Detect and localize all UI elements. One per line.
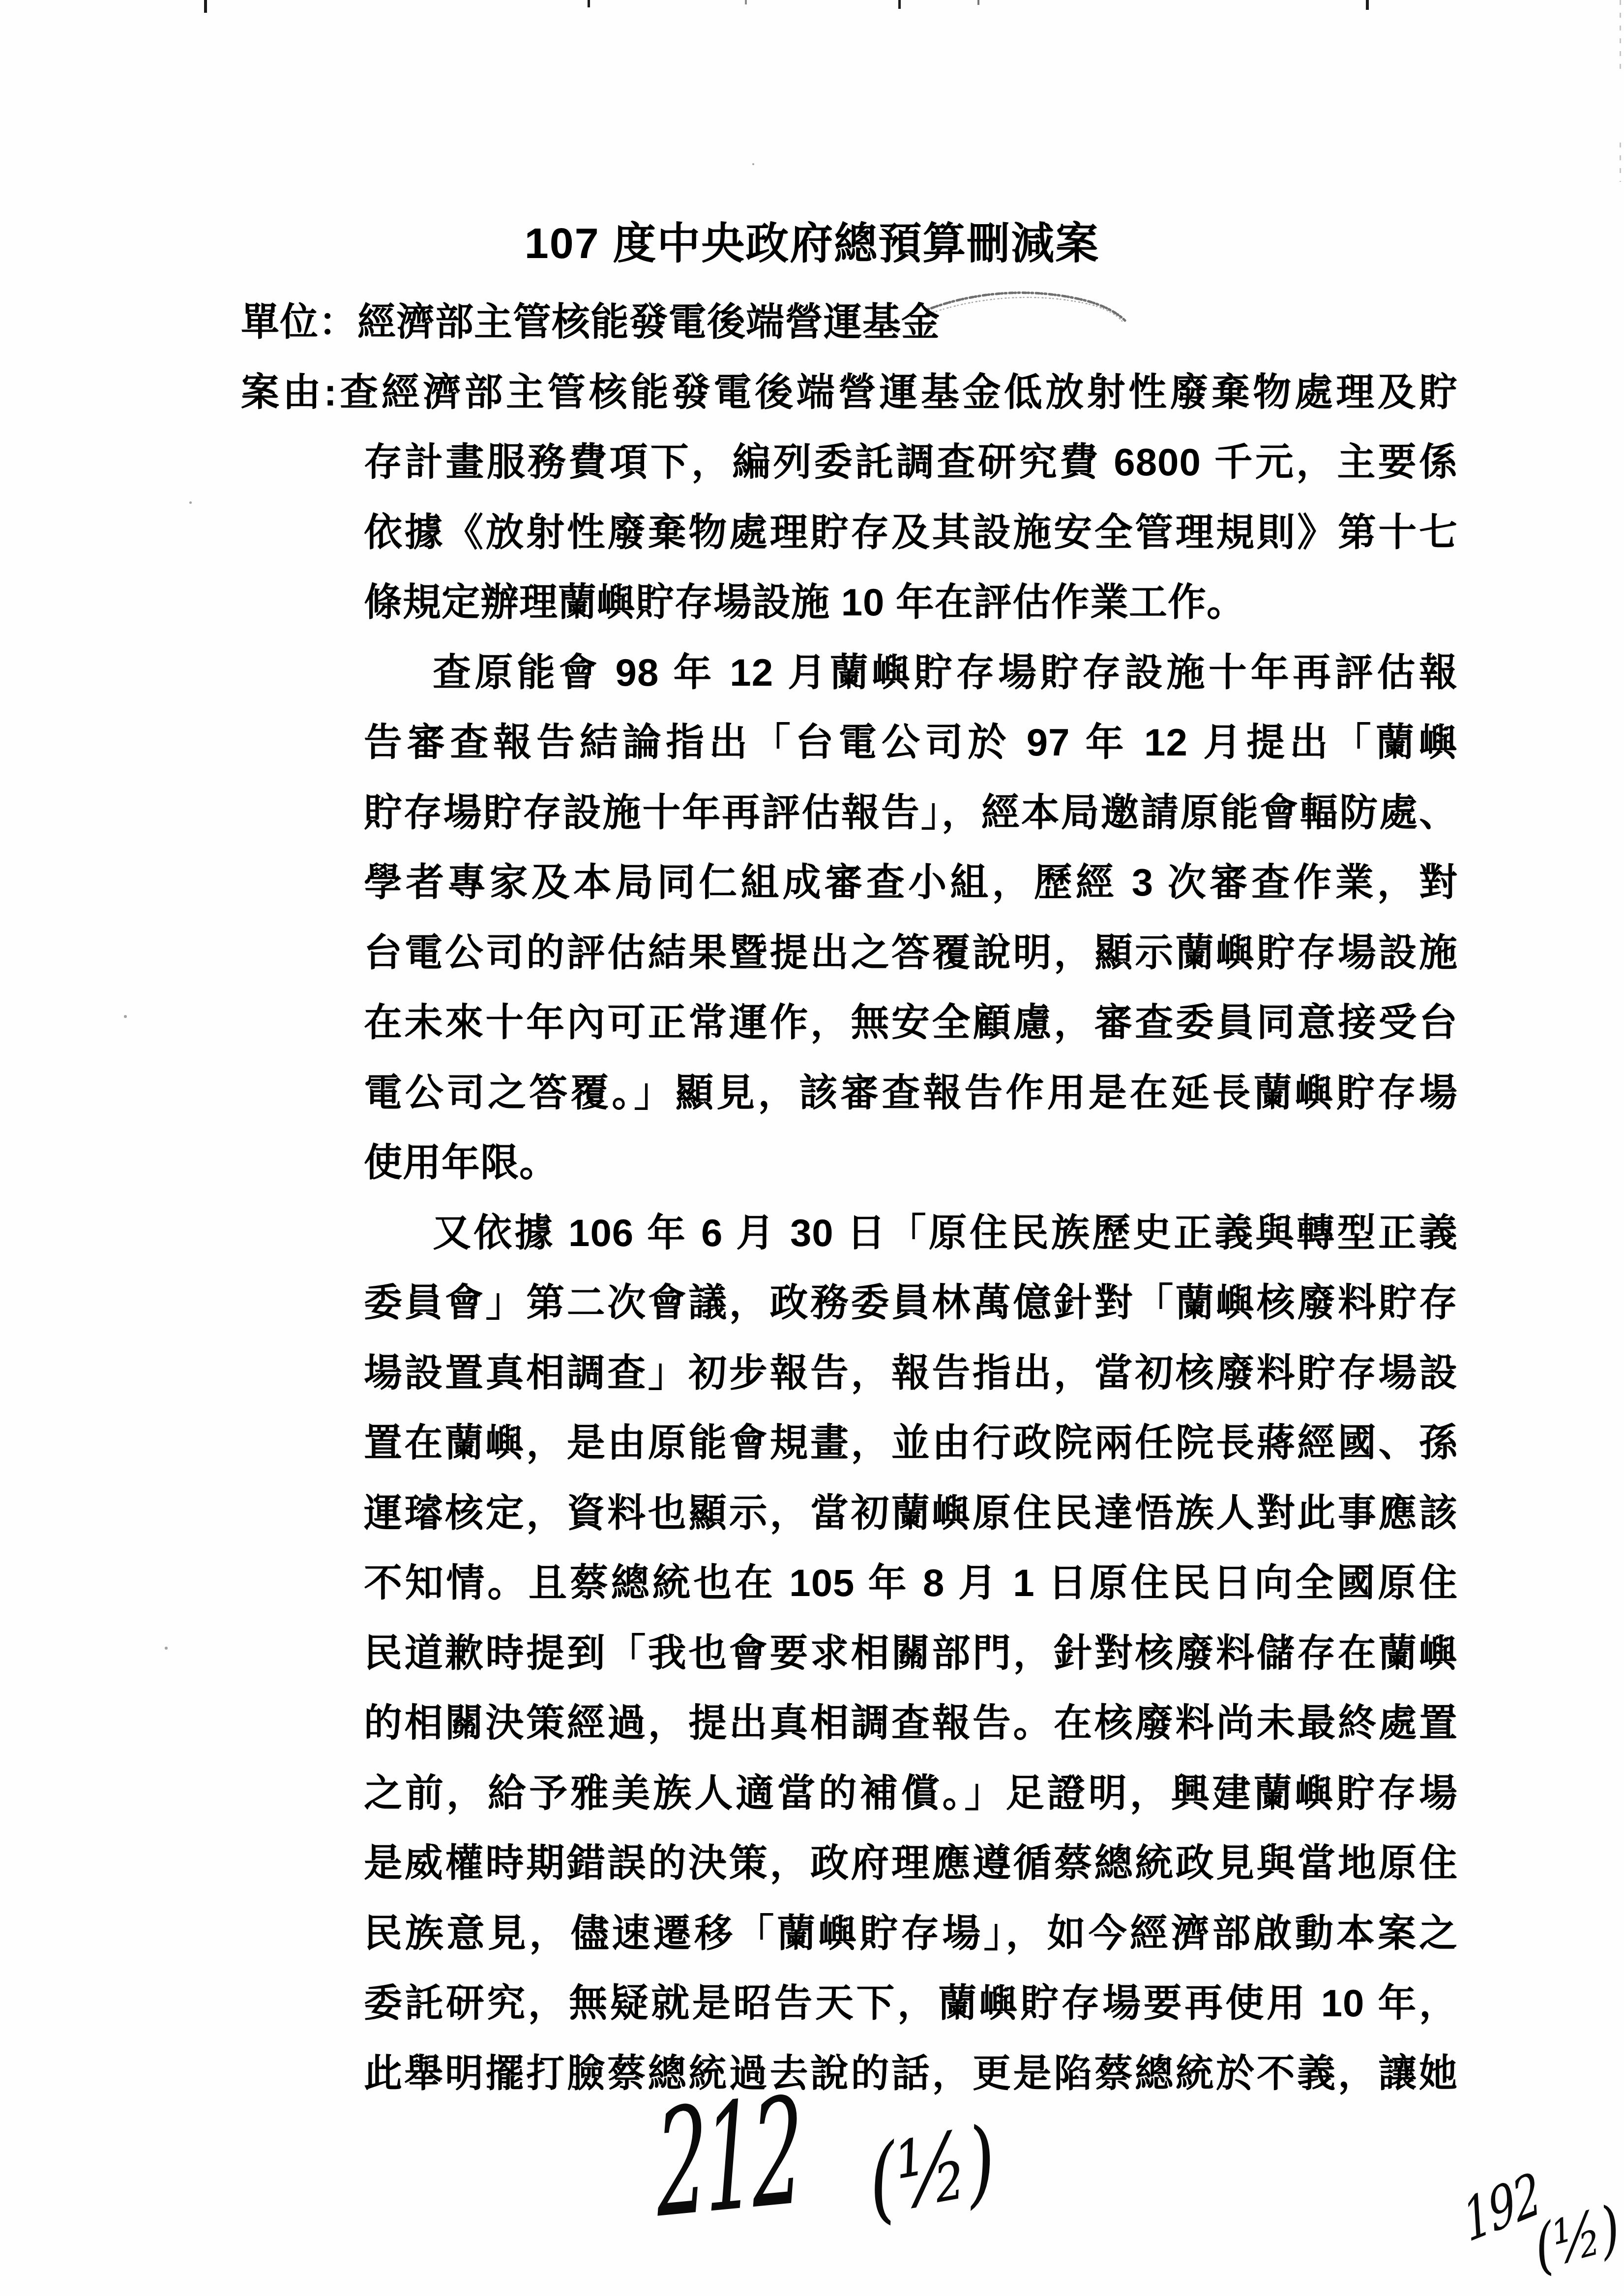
body-line: 此舉明擺打臉蔡總統過去說的話，更是陷蔡總統於不義，讓她 xyxy=(364,2038,1458,2109)
page-title: 107 度中央政府總預算刪減案 xyxy=(0,209,1624,271)
handwritten-corner-page-fraction: (½) xyxy=(1529,2192,1624,2284)
body-line: 委託研究，無疑就是昭告天下，蘭嶼貯存場要再使用 10 年， xyxy=(364,1968,1458,2038)
body-line: 是威權時期錯誤的決策，政府理應遵循蔡總統政見與當地原住 xyxy=(364,1828,1458,1898)
scan-artifact-tick xyxy=(204,0,207,13)
body-line: 貯存場貯存設施十年再評估報告」，經本局邀請原能會輻防處、 xyxy=(364,778,1458,848)
body-line: 不知情。且蔡總統也在 105 年 8 月 1 日原住民日向全國原住 xyxy=(364,1548,1458,1618)
handwritten-corner-page-number: 192 xyxy=(1458,2160,1545,2255)
scan-artifact-tick xyxy=(977,0,979,5)
scan-artifact-edge xyxy=(1620,143,1621,182)
handwritten-page-fraction: (½) xyxy=(863,2106,1001,2236)
scan-artifact-tick xyxy=(588,0,590,7)
scan-artifact-edge xyxy=(1620,0,1621,74)
body-line: 查原能會 98 年 12 月蘭嶼貯存場貯存設施十年再評估報 xyxy=(433,638,1458,708)
scan-artifact-tick xyxy=(745,0,747,4)
body-line: 民族意見，儘速遷移「蘭嶼貯存場」，如今經濟部啟動本案之 xyxy=(364,1898,1458,1969)
body-line: 之前，給予雅美族人適當的補償。」足證明，興建蘭嶼貯存場 xyxy=(364,1758,1458,1829)
scan-speck xyxy=(752,163,754,165)
body-line: 在未來十年內可正常運作，無安全顧慮，審查委員同意接受台 xyxy=(364,988,1458,1058)
body-line: 存計畫服務費項下，編列委託調查研究費 6800 千元，主要係 xyxy=(364,427,1458,497)
body-line: 置在蘭嶼，是由原能會規畫，並由行政院兩任院長蔣經國、孫 xyxy=(364,1408,1458,1478)
scan-artifact-tick xyxy=(898,0,901,9)
body-line: 使用年限。 xyxy=(364,1128,1458,1198)
body-line: 的相關決策經過，提出真相調查報告。在核廢料尚未最終處置 xyxy=(364,1688,1458,1758)
body-line: 學者專家及本局同仁組成審查小組，歷經 3 次審查作業，對 xyxy=(364,847,1458,918)
body-line: 委員會」第二次會議，政務委員林萬億針對「蘭嶼核廢料貯存 xyxy=(364,1268,1458,1338)
body-line: 條規定辦理蘭嶼貯存場設施 10 年在評估作業工作。 xyxy=(364,567,1458,638)
body-line-case: 案由:查經濟部主管核能發電後端營運基金低放射性廢棄物處理及貯 xyxy=(241,357,1458,428)
body-line: 台電公司的評估結果暨提出之答覆說明，顯示蘭嶼貯存場設施 xyxy=(364,918,1458,988)
scanned-document-page: 107 度中央政府總預算刪減案 單位：經濟部主管核能發電後端營運基金 案由:查經… xyxy=(0,0,1624,2296)
body-line: 民道歉時提到「我也會要求相關部門，針對核廢料儲存在蘭嶼 xyxy=(364,1618,1458,1688)
scan-artifact-tick xyxy=(1366,0,1369,10)
body-text: 單位：經濟部主管核能發電後端營運基金 案由:查經濟部主管核能發電後端營運基金低放… xyxy=(0,287,1624,2108)
body-line: 運璿核定，資料也顯示，當初蘭嶼原住民達悟族人對此事應該 xyxy=(364,1478,1458,1548)
body-line: 又依據 106 年 6 月 30 日「原住民族歷史正義與轉型正義 xyxy=(433,1198,1458,1268)
body-line: 場設置真相調查」初步報告，報告指出，當初核廢料貯存場設 xyxy=(364,1338,1458,1408)
body-line: 電公司之答覆。」顯見，該審查報告作用是在延長蘭嶼貯存場 xyxy=(364,1058,1458,1128)
body-line: 依據《放射性廢棄物處理貯存及其設施安全管理規則》第十七 xyxy=(364,497,1458,568)
body-line: 告審查報告結論指出「台電公司於 97 年 12 月提出「蘭嶼 xyxy=(364,707,1458,778)
body-line-unit: 單位：經濟部主管核能發電後端營運基金 xyxy=(241,287,1458,357)
handwritten-page-number: 212 xyxy=(654,2065,802,2250)
